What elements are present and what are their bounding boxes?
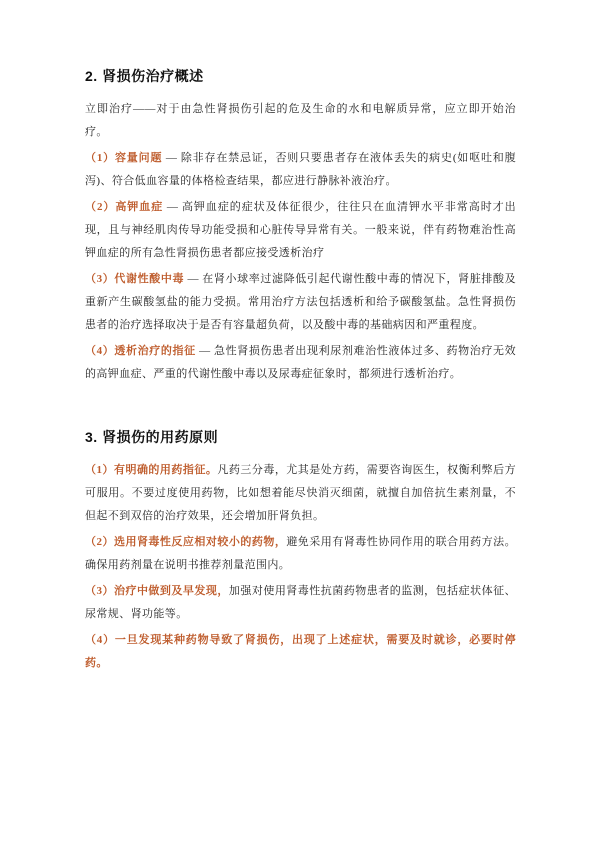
section-divider-space xyxy=(85,389,516,427)
item-dash: — xyxy=(162,152,181,164)
item-lead: （3）代谢性酸中毒 xyxy=(85,273,184,285)
section-3-heading: 3. 肾损伤的用药原则 xyxy=(85,427,516,447)
section-2-item-3: （3）代谢性酸中毒 — 在肾小球率过滤降低引起代谢性酸中毒的情况下，肾脏排酸及重… xyxy=(85,268,516,337)
section-2-item-2: （2）高钾血症 — 高钾血症的症状及体征很少，往往只在血清钾水平非常高时才出现，… xyxy=(85,196,516,265)
item-lead: （4）透析治疗的指征 xyxy=(85,345,196,357)
item-lead: （1）有明确的用药指征。 xyxy=(85,464,217,476)
section-2-intro-paragraph: 立即治疗——对于由急性肾损伤引起的危及生命的水和电解质异常，应立即开始治疗。 xyxy=(85,98,516,144)
section-medication-principles: 3. 肾损伤的用药原则 （1）有明确的用药指征。凡药三分毒，尤其是处方药，需要咨… xyxy=(85,427,516,675)
item-lead: （2）选用肾毒性反应相对较小的药物， xyxy=(85,536,286,548)
document-page: 2. 肾损伤治疗概述 立即治疗——对于由急性肾损伤引起的危及生命的水和电解质异常… xyxy=(0,0,600,849)
item-dash: — xyxy=(163,201,182,213)
section-treatment-overview: 2. 肾损伤治疗概述 立即治疗——对于由急性肾损伤引起的危及生命的水和电解质异常… xyxy=(85,66,516,386)
section-3-item-4: （4）一旦发现某种药物导致了肾损伤，出现了上述症状，需要及时就诊，必要时停药。 xyxy=(85,629,516,675)
item-dash: — xyxy=(196,345,214,357)
item-lead: （4）一旦发现某种药物导致了肾损伤，出现了上述症状，需要及时就诊，必要时停药。 xyxy=(85,634,516,669)
item-lead: （3）治疗中做到及早发现， xyxy=(85,585,229,597)
item-lead: （1）容量问题 xyxy=(85,152,162,164)
section-2-heading: 2. 肾损伤治疗概述 xyxy=(85,66,516,86)
section-3-item-2: （2）选用肾毒性反应相对较小的药物，避免采用有肾毒性协同作用的联合用药方法。确保… xyxy=(85,531,516,577)
section-3-item-3: （3）治疗中做到及早发现，加强对使用肾毒性抗菌药物患者的监测，包括症状体征、尿常… xyxy=(85,580,516,626)
item-dash: — xyxy=(184,273,202,285)
section-2-item-1: （1）容量问题 — 除非存在禁忌证，否则只要患者存在液体丢失的病史(如呕吐和腹泻… xyxy=(85,147,516,193)
section-3-item-1: （1）有明确的用药指征。凡药三分毒，尤其是处方药，需要咨询医生，权衡利弊后方可服… xyxy=(85,459,516,528)
item-lead: （2）高钾血症 xyxy=(85,201,163,213)
section-2-item-4: （4）透析治疗的指征 — 急性肾损伤患者出现利尿剂难治性液体过多、药物治疗无效的… xyxy=(85,340,516,386)
